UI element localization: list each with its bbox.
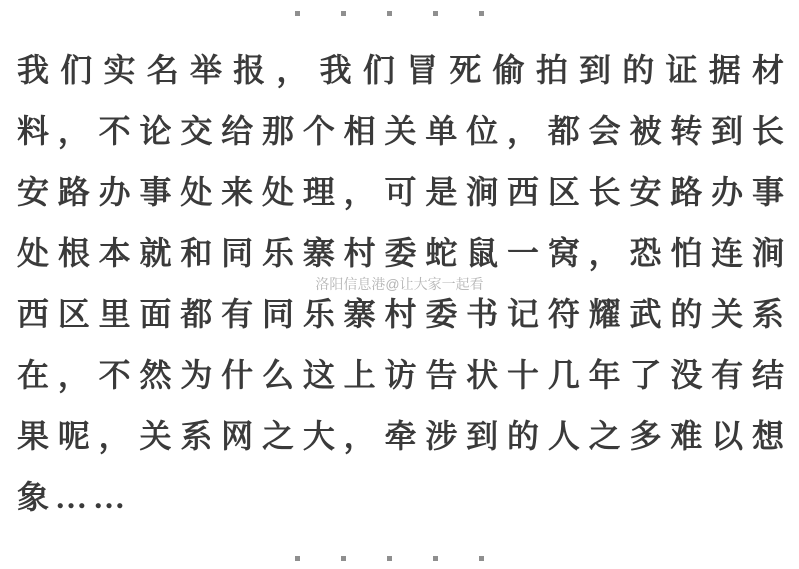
text-line: 象…… — [17, 467, 784, 528]
text-line: 果呢，关系网之大，牵涉到的人之多难以想 — [17, 406, 784, 467]
tick-mark-icon — [433, 556, 438, 561]
text-line: 我们实名举报，我们冒死偷拍到的证据材 — [17, 40, 784, 101]
tick-mark-icon — [341, 11, 346, 16]
text-line: 料，不论交给那个相关单位，都会被转到长 — [17, 101, 784, 162]
tick-mark-icon — [479, 11, 484, 16]
tick-mark-icon — [387, 11, 392, 16]
bottom-marks-row — [295, 556, 484, 561]
tick-mark-icon — [387, 556, 392, 561]
watermark: 洛阳信息港@让大家一起看 — [0, 274, 799, 294]
tick-mark-icon — [295, 556, 300, 561]
text-line: 安路办事处来处理，可是涧西区长安路办事 — [17, 162, 784, 223]
tick-mark-icon — [341, 556, 346, 561]
text-line: 在，不然为什么这上访告状十几年了没有结 — [17, 345, 784, 406]
tick-mark-icon — [479, 556, 484, 561]
page: 我们实名举报，我们冒死偷拍到的证据材 料，不论交给那个相关单位，都会被转到长 安… — [0, 0, 799, 569]
top-marks-row — [295, 11, 484, 16]
tick-mark-icon — [295, 11, 300, 16]
tick-mark-icon — [433, 11, 438, 16]
